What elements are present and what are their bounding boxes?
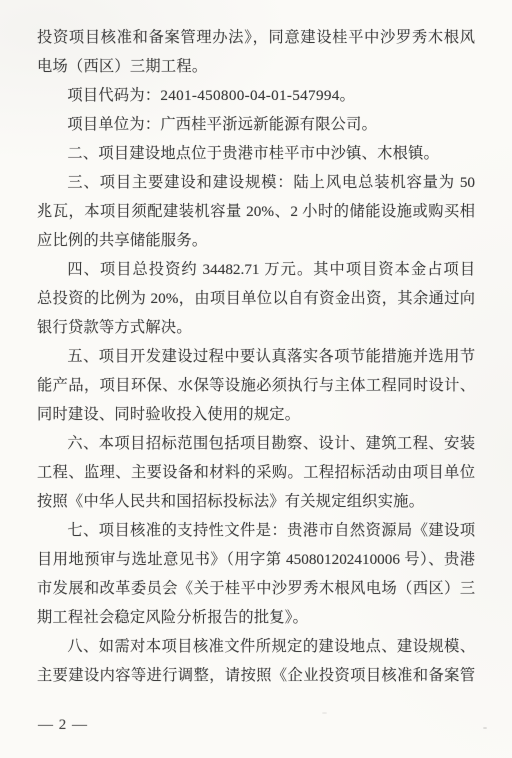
document-line: 目用地预审与选址意见书》（用字第 450801202410006 号）、贵港 xyxy=(37,545,475,574)
document-line: 四、项目总投资约 34482.71 万元。其中项目资本金占项目 xyxy=(37,255,475,284)
document-line: 工程、监理、主要设备和材料的采购。工程招标活动由项目单位 xyxy=(37,458,475,487)
document-body: 投资项目核准和备案管理办法》，同意建设桂平中沙罗秀木根风 电场（西区）三期工程。… xyxy=(37,23,475,690)
document-line: 投资项目核准和备案管理办法》，同意建设桂平中沙罗秀木根风 xyxy=(37,23,475,52)
document-line: 兆瓦，本项目须配建装机容量 20%、2 小时的储能设施或购买相 xyxy=(37,197,475,226)
document-line: 应比例的共享储能服务。 xyxy=(37,226,475,255)
document-line: 期工程社会稳定风险分析报告的批复》。 xyxy=(37,603,475,632)
document-page: 投资项目核准和备案管理办法》，同意建设桂平中沙罗秀木根风 电场（西区）三期工程。… xyxy=(0,0,512,758)
document-line: 八、如需对本项目核准文件所规定的建设地点、建设规模、 xyxy=(37,632,475,661)
scan-speck xyxy=(483,727,487,729)
document-line: 按照《中华人民共和国招标投标法》有关规定组织实施。 xyxy=(37,487,475,516)
document-line: 总投资的比例为 20%，由项目单位以自有资金出资，其余通过向 xyxy=(37,284,475,313)
document-line: 二、项目建设地点位于贵港市桂平市中沙镇、木根镇。 xyxy=(37,139,475,168)
document-line: 五、项目开发建设过程中要认真落实各项节能措施并选用节 xyxy=(37,342,475,371)
page-number: — 2 — xyxy=(38,714,88,736)
scan-speck xyxy=(322,712,327,714)
document-line: 七、项目核准的支持性文件是：贵港市自然资源局《建设项 xyxy=(37,516,475,545)
document-line: 项目单位为：广西桂平浙远新能源有限公司。 xyxy=(37,110,475,139)
document-line: 市发展和改革委员会《关于桂平中沙罗秀木根风电场（西区）三 xyxy=(37,574,475,603)
document-line: 三、项目主要建设和建设规模：陆上风电总装机容量为 50 xyxy=(37,168,475,197)
document-line: 项目代码为：2401-450800-04-01-547994。 xyxy=(37,81,475,110)
document-line: 主要建设内容等进行调整，请按照《企业投资项目核准和备案管 xyxy=(37,661,475,690)
document-line: 同时建设、同时验收投入使用的规定。 xyxy=(37,400,475,429)
document-line: 能产品，项目环保、水保等设施必须执行与主体工程同时设计、 xyxy=(37,371,475,400)
document-line: 银行贷款等方式解决。 xyxy=(37,313,475,342)
document-line: 电场（西区）三期工程。 xyxy=(37,52,475,81)
document-line: 六、本项目招标范围包括项目勘察、设计、建筑工程、安装 xyxy=(37,429,475,458)
